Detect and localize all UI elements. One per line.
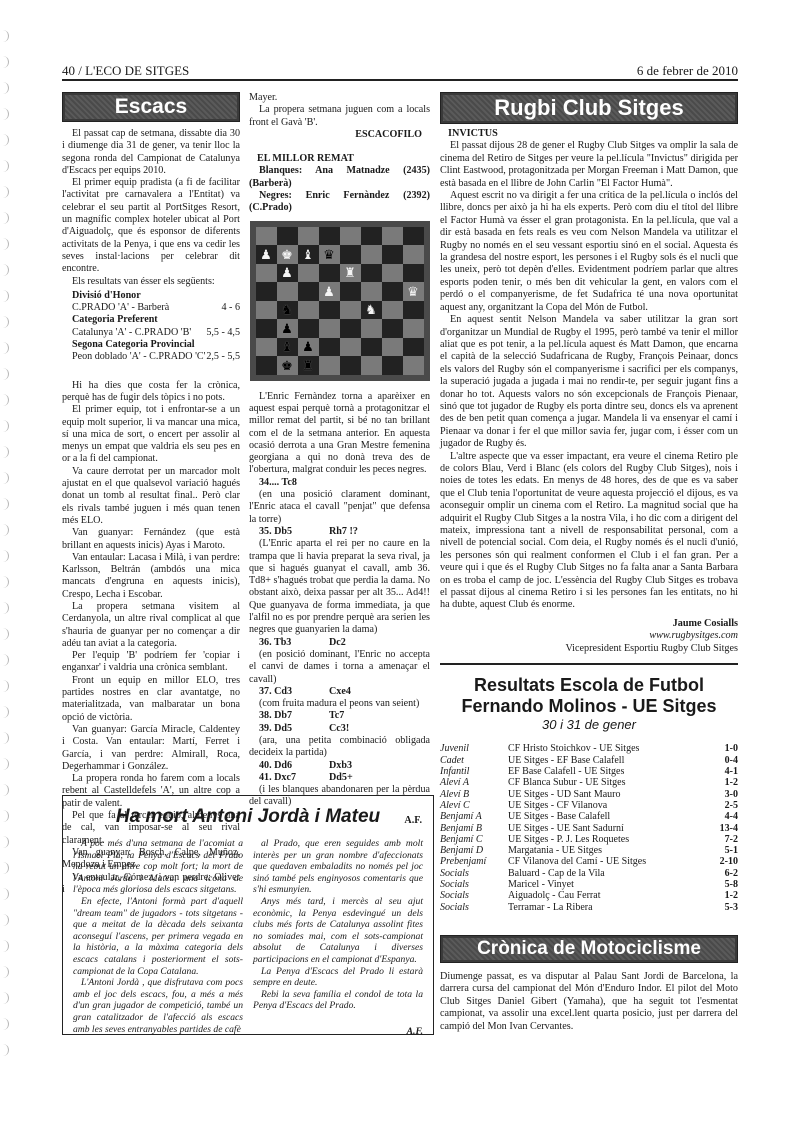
board-square	[361, 319, 382, 338]
white-pawn-icon: ♟	[323, 285, 335, 298]
result-match: Catalunya 'A' - C.PRADO 'B'	[72, 327, 191, 339]
board-square	[256, 356, 277, 375]
white-move: 41. Dxc7	[259, 772, 329, 784]
paragraph: El primer equip, tot i enfrontar-se a un…	[62, 404, 240, 465]
board-square	[340, 227, 361, 246]
score: 0-4	[711, 755, 738, 766]
move: 38. Db7Tc7	[249, 710, 430, 722]
fixture: Margatania - UE Sitges	[508, 845, 711, 856]
move: 35. Db5Rh7 !?	[249, 526, 430, 538]
board-square: ♟	[277, 319, 298, 338]
paragraph: al Prado, que eren seguides amb molt int…	[253, 838, 423, 896]
team-category: Socials	[440, 890, 508, 901]
score: 2-10	[711, 856, 738, 867]
result-row: Catalunya 'A' - C.PRADO 'B'5,5 - 4,5	[62, 327, 240, 339]
page-number-masthead: 40 / L'ECO DE SITGES	[62, 63, 189, 79]
section-heading: EL MILLOR REMAT	[249, 153, 430, 165]
black-rook-icon: ♜	[302, 359, 314, 372]
team-category: Cadet	[440, 755, 508, 766]
white-pawn-icon: ♟	[281, 266, 293, 279]
board-square	[256, 319, 277, 338]
table-row: Benjamí AUE Sitges - Base Calafell4-4	[440, 811, 738, 822]
paragraph: Rebi la seva família el condol de tota l…	[253, 989, 423, 1012]
black-move: Tc7	[329, 710, 344, 722]
paragraph: Hi ha dies que costa fer la crònica, per…	[62, 380, 240, 405]
board-square	[340, 245, 361, 264]
board-square	[382, 319, 403, 338]
board-square	[382, 301, 403, 320]
score: 1-0	[711, 743, 738, 754]
board-square: ♞	[277, 301, 298, 320]
result-category: Categoria Preferent	[62, 314, 240, 326]
paragraph: L'altre aspecte que va esser impactant, …	[440, 451, 738, 612]
black-pawn-icon: ♟	[281, 322, 293, 335]
white-move: 36. Tb3	[259, 637, 329, 649]
fixture: Terramar - La Ribera	[508, 902, 711, 913]
chess-results: Divisió d'Honor C.PRADO 'A' - Barberà4 -…	[62, 290, 240, 364]
move-list: 34.... Tc8 (en una posició clarament dom…	[249, 477, 430, 809]
right-column: Rugbi Club Sitges INVICTUS El passat dij…	[440, 92, 738, 1033]
white-pawn-icon: ♟	[260, 248, 272, 261]
board-square	[403, 264, 424, 283]
board-square	[298, 264, 319, 283]
author-name: Jaume Cosialls	[440, 618, 738, 630]
board-square	[361, 227, 382, 246]
result-score: 4 - 6	[221, 302, 240, 314]
author-role: Vicepresident Esportiu Rugby Club Sitges	[440, 643, 738, 655]
table-row: JuvenilCF Hristo Stoichkov - UE Sitges1-…	[440, 743, 738, 754]
black-queen-icon: ♛	[323, 248, 335, 261]
board-square: ♞	[361, 301, 382, 320]
table-row: SocialsBaluard - Cap de la Vila6-2	[440, 868, 738, 879]
board-square	[382, 356, 403, 375]
black-move: Dc2	[329, 637, 346, 649]
board-square	[403, 356, 424, 375]
paragraph: Van entaular: Lacasa i Milà, i van perdr…	[62, 552, 240, 601]
move-comment: (en una posició clarament dominant, l'En…	[249, 489, 430, 526]
table-row: Benjamí DMargatania - UE Sitges5-1	[440, 845, 738, 856]
move: 34.... Tc8	[249, 477, 430, 489]
obituary-title: Ha mort Antoni Jordà i Mateu	[63, 806, 433, 828]
board-square	[319, 356, 340, 375]
black-move: Dd5+	[329, 772, 353, 784]
table-row: SocialsAiguadolç - Cau Ferrat1-2	[440, 890, 738, 901]
move-comment: (L'Enric aparta el rei per no caure en l…	[249, 538, 430, 636]
score: 4-1	[711, 766, 738, 777]
divider	[440, 663, 738, 665]
black-move: Cxe4	[329, 686, 351, 698]
board-square	[340, 338, 361, 357]
move: 37. Cd3Cxe4	[249, 686, 430, 698]
black-king-icon: ♚	[281, 359, 293, 372]
white-move: 37. Cd3	[259, 686, 329, 698]
fixture: UE Sitges - CF Vilanova	[508, 800, 711, 811]
paragraph: Aquest escrit no va dirigit a fer una cr…	[440, 190, 738, 314]
board-square	[256, 338, 277, 357]
remat-article: Mayer. La propera setmana juguen com a l…	[249, 92, 430, 827]
board-square: ♝	[277, 338, 298, 357]
board-square: ♚	[277, 245, 298, 264]
paragraph: Els resultats van ésser els següents:	[62, 276, 240, 288]
table-row: CadetUE Sitges - EF Base Calafell0-4	[440, 755, 738, 766]
board-square: ♛	[319, 245, 340, 264]
paragraph: L'Antoni Jordà , que disfrutava com pocs…	[73, 977, 243, 1035]
paragraph: Front un equip en millor ELO, tres parti…	[62, 675, 240, 724]
moto-banner: Crònica de Motociclisme	[440, 935, 738, 963]
board-square: ♛	[403, 282, 424, 301]
futbol-date: 30 i 31 de gener	[440, 719, 738, 731]
result-category: Segona Categoria Provincial	[62, 339, 240, 351]
escacs-banner: Escacs	[62, 92, 240, 122]
score: 3-0	[711, 789, 738, 800]
futbol-title-line-2: Fernando Molinos - UE Sitges	[440, 696, 738, 717]
rugbi-signature: Jaume Cosialls www.rugbysitges.com Vicep…	[440, 618, 738, 655]
board-square	[340, 319, 361, 338]
table-row: PrebenjamíCF Vilanova del Camí - UE Sitg…	[440, 856, 738, 867]
white-bishop-icon: ♝	[302, 248, 314, 261]
issue-date: 6 de febrer de 2010	[637, 63, 738, 79]
white-queen-icon: ♛	[407, 285, 419, 298]
team-category: Benjamí B	[440, 823, 508, 834]
white-move: 40. Dd6	[259, 760, 329, 772]
board-square	[277, 282, 298, 301]
board-square	[298, 301, 319, 320]
team-category: Prebenjamí	[440, 856, 508, 867]
fixture: Maricel - Vinyet	[508, 879, 711, 890]
paragraph: Mayer.	[249, 92, 430, 104]
fixture: UE Sitges - P. J. Les Roquetes	[508, 834, 711, 845]
rugbi-subtitle: INVICTUS	[440, 128, 738, 140]
obituary-col-2: al Prado, que eren seguides amb molt int…	[253, 838, 423, 1038]
board-square	[382, 338, 403, 357]
board-square	[361, 356, 382, 375]
page-header: 40 / L'ECO DE SITGES 6 de febrer de 2010	[62, 63, 738, 81]
fixture: UE Sitges - UD Sant Mauro	[508, 789, 711, 800]
author-website[interactable]: www.rugbysitges.com	[440, 630, 738, 642]
move-text: 34.... Tc8	[259, 477, 329, 489]
result-score: 5,5 - 4,5	[206, 327, 240, 339]
team-category: Benjamí A	[440, 811, 508, 822]
team-category: Benjamí D	[440, 845, 508, 856]
paragraph: A poc més d'una setmana de l'acomiat a l…	[73, 838, 243, 896]
table-row: Aleví CUE Sitges - CF Vilanova2-5	[440, 800, 738, 811]
board-square	[382, 245, 403, 264]
white-move: 39. Dd5	[259, 723, 329, 735]
move: 41. Dxc7Dd5+	[249, 772, 430, 784]
fixture: CF Blanca Subur - UE Sitges	[508, 777, 711, 788]
score: 1-2	[711, 777, 738, 788]
futbol-title-line-1: Resultats Escola de Futbol	[440, 675, 738, 696]
team-category: Aleví A	[440, 777, 508, 788]
paragraph: La Penya d'Escacs del Prado li estarà se…	[253, 966, 423, 989]
table-row: Benjamí CUE Sitges - P. J. Les Roquetes7…	[440, 834, 738, 845]
board-square: ♟	[277, 264, 298, 283]
black-move: Dxb3	[329, 760, 352, 772]
paragraph: En aquest sentit Nelson Mandela va saber…	[440, 314, 738, 450]
black-pawn-icon: ♟	[302, 340, 314, 353]
escacs-article: Escacs El passat cap de setmana, dissabt…	[62, 92, 240, 896]
score: 2-5	[711, 800, 738, 811]
board-square	[340, 356, 361, 375]
board-square	[340, 282, 361, 301]
fixture: UE Sitges - Base Calafell	[508, 811, 711, 822]
board-square	[298, 227, 319, 246]
black-knight-icon: ♞	[281, 303, 293, 316]
fixture: UE Sitges - EF Base Calafell	[508, 755, 711, 766]
board-square	[319, 319, 340, 338]
board-square	[298, 319, 319, 338]
paragraph: La propera setmana visitem al Cerdanyola…	[62, 601, 240, 650]
board-square	[403, 319, 424, 338]
move: 39. Dd5Cc3!	[249, 723, 430, 735]
result-match: C.PRADO 'A' - Barberà	[72, 302, 169, 314]
move-comment: (com fruita madura el peons van seient)	[249, 698, 430, 710]
team-category: Socials	[440, 879, 508, 890]
score: 5-8	[711, 879, 738, 890]
paragraph: El primer equip pradista (a fi de facili…	[62, 177, 240, 275]
team-category: Socials	[440, 868, 508, 879]
white-move: 35. Db5	[259, 526, 329, 538]
board-square: ♟	[319, 282, 340, 301]
paragraph: Van guanyar: García Miracle, Caldentey i…	[62, 724, 240, 773]
team-category: Juvenil	[440, 743, 508, 754]
result-row: Peon doblado 'A' - C.PRADO 'C'2,5 - 5,5	[62, 351, 240, 363]
white-king-icon: ♚	[281, 248, 293, 261]
board-square: ♟	[298, 338, 319, 357]
board-square	[319, 301, 340, 320]
score: 13-4	[711, 823, 738, 834]
table-row: Benjamí BUE Sitges - UE Sant Sadurní13-4	[440, 823, 738, 834]
result-category: Divisió d'Honor	[62, 290, 240, 302]
board-square	[319, 338, 340, 357]
signature: ESCACOFILO	[249, 129, 422, 141]
board-square	[361, 338, 382, 357]
black-bishop-icon: ♝	[281, 340, 293, 353]
obituary-box: Ha mort Antoni Jordà i Mateu A poc més d…	[62, 795, 434, 1035]
board-square	[256, 227, 277, 246]
board-square	[382, 227, 403, 246]
board-square	[298, 282, 319, 301]
chess-diagram: ♟♚♝♛♟♜♟♛♞♞♟♝♟♚♜	[250, 221, 430, 381]
team-category: Aleví B	[440, 789, 508, 800]
team-category: Benjamí C	[440, 834, 508, 845]
table-row: Aleví ACF Blanca Subur - UE Sitges1-2	[440, 777, 738, 788]
board-square	[361, 264, 382, 283]
score: 5-1	[711, 845, 738, 856]
board-square	[319, 227, 340, 246]
black-move: Rh7 !?	[329, 526, 358, 538]
result-row: C.PRADO 'A' - Barberà4 - 6	[62, 302, 240, 314]
white-rook-icon: ♜	[344, 266, 356, 279]
paragraph: La propera setmana juguen com a locals f…	[249, 104, 430, 129]
board-square	[403, 227, 424, 246]
table-row: Aleví BUE Sitges - UD Sant Mauro3-0	[440, 789, 738, 800]
paragraph: Van guanyar: Fernández (que està brillan…	[62, 527, 240, 552]
black-move: Cc3!	[329, 723, 349, 735]
board-square	[361, 245, 382, 264]
fixture: CF Hristo Stoichkov - UE Sitges	[508, 743, 711, 754]
paragraph: En efecte, l'Antoni formà part d'aquell …	[73, 896, 243, 977]
result-score: 2,5 - 5,5	[206, 351, 240, 363]
fixture: UE Sitges - UE Sant Sadurní	[508, 823, 711, 834]
board-square	[382, 264, 403, 283]
board-square	[277, 227, 298, 246]
board-square	[403, 338, 424, 357]
board-square: ♟	[256, 245, 277, 264]
fixture: CF Vilanova del Camí - UE Sitges	[508, 856, 711, 867]
signature: A.F.	[253, 1026, 423, 1038]
table-row: SocialsMaricel - Vinyet5-8	[440, 879, 738, 890]
board-square	[403, 301, 424, 320]
white-player: Blanques: Ana Matnadze (2435) (Barberà)	[249, 165, 430, 190]
score: 1-2	[711, 890, 738, 901]
table-row: InfantilEF Base Calafell - UE Sitges4-1	[440, 766, 738, 777]
paragraph: El passat dijous 28 de gener el Rugby Cl…	[440, 140, 738, 190]
fixture: Aiguadolç - Cau Ferrat	[508, 890, 711, 901]
board-square	[382, 282, 403, 301]
paragraph: El passat cap de setmana, dissabte dia 3…	[62, 128, 240, 177]
paragraph: Va caure derrotat per un marcador molt a…	[62, 466, 240, 527]
board-square: ♜	[298, 356, 319, 375]
white-knight-icon: ♞	[365, 303, 377, 316]
white-move: 38. Db7	[259, 710, 329, 722]
paragraph: Per l'equip 'B' podríem fer 'copiar i en…	[62, 650, 240, 675]
move-comment: (ara, una petita combinació obligada dec…	[249, 735, 430, 760]
board-square	[319, 264, 340, 283]
futbol-title: Resultats Escola de Futbol Fernando Moli…	[440, 675, 738, 717]
fixture: Baluard - Cap de la Vila	[508, 868, 711, 879]
binder-spiral	[2, 30, 16, 1120]
paragraph: Diumenge passat, es va disputar al Palau…	[440, 971, 738, 1033]
score: 7-2	[711, 834, 738, 845]
score: 6-2	[711, 868, 738, 879]
move-comment: (en posició dominant, l'Enric no accepta…	[249, 649, 430, 686]
board-square	[256, 301, 277, 320]
paragraph: L'Enric Fernàndez torna a aparèixer en a…	[249, 391, 430, 477]
move: 36. Tb3Dc2	[249, 637, 430, 649]
board-square	[256, 264, 277, 283]
move: 40. Dd6Dxb3	[249, 760, 430, 772]
obituary-col-1: A poc més d'una setmana de l'acomiat a l…	[73, 838, 243, 1038]
board-square: ♚	[277, 356, 298, 375]
black-player: Negres: Enric Fernàndez (2392)(C.Prado)	[249, 190, 430, 215]
table-row: SocialsTerramar - La Ribera5-3	[440, 902, 738, 913]
futbol-results-table: JuvenilCF Hristo Stoichkov - UE Sitges1-…	[440, 743, 738, 912]
board-square	[403, 245, 424, 264]
board-square	[340, 301, 361, 320]
score: 5-3	[711, 902, 738, 913]
board-square: ♜	[340, 264, 361, 283]
team-category: Aleví C	[440, 800, 508, 811]
board-square	[256, 282, 277, 301]
result-match: Peon doblado 'A' - C.PRADO 'C'	[72, 351, 205, 363]
rugbi-banner: Rugbi Club Sitges	[440, 92, 738, 124]
team-category: Socials	[440, 902, 508, 913]
score: 4-4	[711, 811, 738, 822]
paragraph: Anys més tard, i mercès al seu ajut econ…	[253, 896, 423, 966]
fixture: EF Base Calafell - UE Sitges	[508, 766, 711, 777]
board-square: ♝	[298, 245, 319, 264]
board-square	[361, 282, 382, 301]
team-category: Infantil	[440, 766, 508, 777]
chess-board: ♟♚♝♛♟♜♟♛♞♞♟♝♟♚♜	[256, 227, 424, 375]
